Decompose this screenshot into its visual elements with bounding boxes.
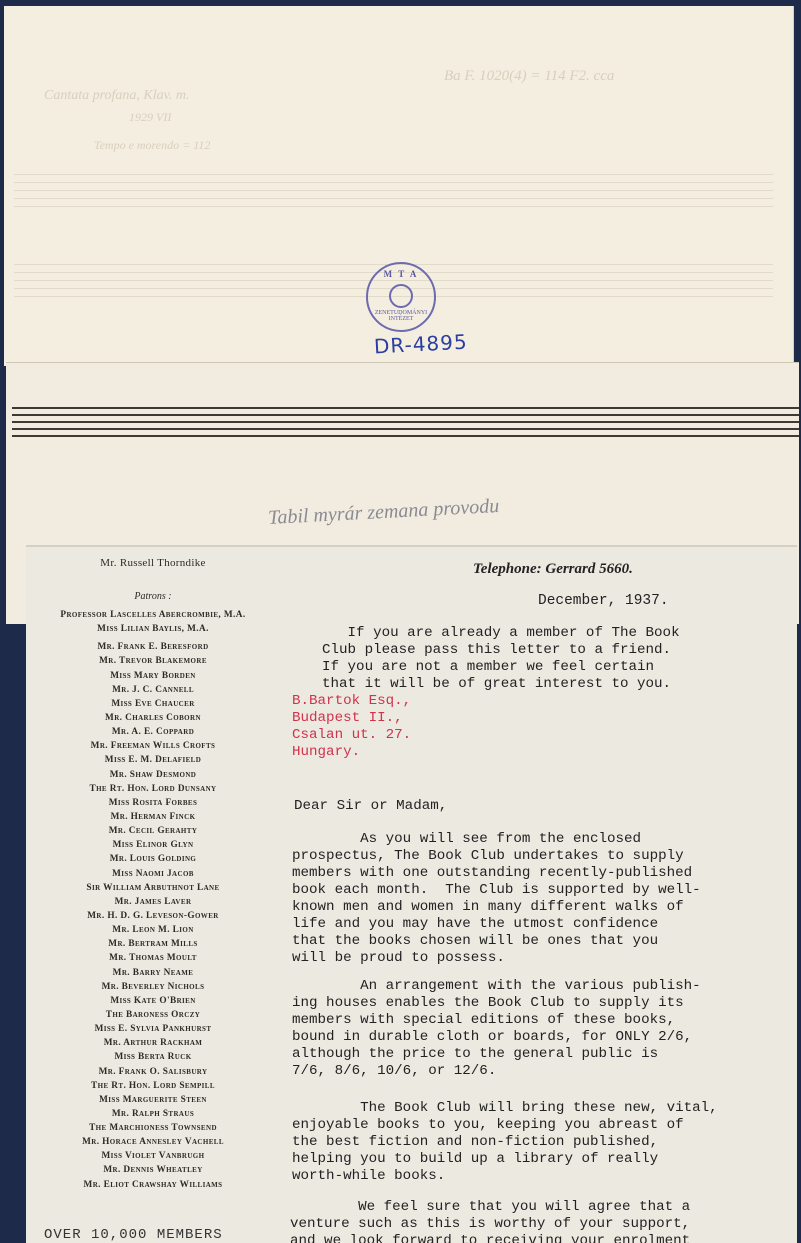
council-member-name: Mr. Russell Thorndike xyxy=(26,557,280,569)
patron-name: Mr. Bertram Mills xyxy=(26,937,280,951)
body-paragraph: As you will see from the enclosed prospe… xyxy=(292,831,701,967)
stamp-ring-text: ZENETUDOMÁNYI INTÉZET xyxy=(368,310,434,322)
patron-name: Miss Lilian Baylis, M.A. xyxy=(26,622,280,636)
faint-note: Tempo e morendo = 112 xyxy=(94,138,210,153)
patron-name: Mr. Shaw Desmond xyxy=(26,768,280,782)
book-club-letter: Mr. Russell Thorndike Patrons : Professo… xyxy=(26,545,797,1243)
patron-name: Miss Mary Borden xyxy=(26,669,280,683)
patron-name: Mr. Frank E. Beresford xyxy=(26,640,280,654)
patron-name: The Rt. Hon. Lord Sempill xyxy=(26,1079,280,1093)
patron-name: Miss Eve Chaucer xyxy=(26,697,280,711)
patron-name: Miss Berta Ruck xyxy=(26,1050,280,1064)
patron-name: The Baroness Orczy xyxy=(26,1008,280,1022)
patron-name: Miss Naomi Jacob xyxy=(26,867,280,881)
patrons-heading: Patrons : xyxy=(26,591,280,602)
body-paragraph: We feel sure that you will agree that a … xyxy=(290,1199,690,1243)
patron-name: Mr. Eliot Crawshay Williams xyxy=(26,1178,280,1192)
patron-name: Mr. Barry Neame xyxy=(26,966,280,980)
patron-name: Mr. Herman Finck xyxy=(26,810,280,824)
ghost-staff xyxy=(14,174,773,214)
patron-name: Mr. Horace Annesley Vachell xyxy=(26,1135,280,1149)
patron-name: Mr. Beverley Nichols xyxy=(26,980,280,994)
music-staff xyxy=(12,407,799,442)
patron-name: Professor Lascelles Abercrombie, M.A. xyxy=(26,608,280,622)
patron-name: Miss Rosita Forbes xyxy=(26,796,280,810)
handwritten-note: Tabil myrár zemana provodu xyxy=(268,495,500,530)
patron-name: Miss Marguerite Steen xyxy=(26,1093,280,1107)
patron-name: Mr. Thomas Moult xyxy=(26,951,280,965)
manuscript-back-sheet: Ba F. 1020(4) = 114 F2. cca Cantata prof… xyxy=(4,6,794,366)
patron-name: Mr. Freeman Wills Crofts xyxy=(26,739,280,753)
members-count-footer: OVER 10,000 MEMBERS xyxy=(44,1227,223,1243)
patron-name: Sir William Arbuthnot Lane xyxy=(26,881,280,895)
faint-note: Ba F. 1020(4) = 114 F2. cca xyxy=(444,68,614,85)
letterhead-sidebar: Mr. Russell Thorndike Patrons : Professo… xyxy=(26,547,280,1192)
archive-stamp: M T A ZENETUDOMÁNYI INTÉZET xyxy=(366,262,436,332)
patron-name: The Marchioness Townsend xyxy=(26,1121,280,1135)
body-paragraph: An arrangement with the various publish-… xyxy=(292,978,701,1080)
patron-name: Miss Violet Vanbrugh xyxy=(26,1149,280,1163)
patron-name: Miss Elinor Glyn xyxy=(26,838,280,852)
patron-name: Mr. Arthur Rackham xyxy=(26,1036,280,1050)
patron-name: Mr. A. E. Coppard xyxy=(26,725,280,739)
catalog-number: DR-4895 xyxy=(373,330,468,359)
patron-name: Miss E. M. Delafield xyxy=(26,753,280,767)
patron-name: Mr. Charles Coborn xyxy=(26,711,280,725)
patron-name: Miss Kate O'Brien xyxy=(26,994,280,1008)
patron-name: Mr. H. D. G. Leveson-Gower xyxy=(26,909,280,923)
patron-name: Mr. Ralph Straus xyxy=(26,1107,280,1121)
patron-name: Mr. J. C. Cannell xyxy=(26,683,280,697)
stamp-top-text: M T A xyxy=(368,269,434,279)
intro-paragraph: If you are already a member of The Book … xyxy=(322,625,680,693)
patron-name: Mr. Louis Golding xyxy=(26,852,280,866)
crest-icon xyxy=(389,284,413,308)
patron-name: Mr. James Laver xyxy=(26,895,280,909)
patron-name: Mr. Dennis Wheatley xyxy=(26,1163,280,1177)
patron-name: Mr. Cecil Gerahty xyxy=(26,824,280,838)
body-paragraph: The Book Club will bring these new, vita… xyxy=(292,1100,718,1185)
letter-date: December, 1937. xyxy=(538,593,669,609)
telephone-line: Telephone: Gerrard 5660. xyxy=(473,561,633,578)
patron-list: Professor Lascelles Abercrombie, M.A. Mi… xyxy=(26,608,280,1192)
patron-name: Miss E. Sylvia Pankhurst xyxy=(26,1022,280,1036)
patron-name: Mr. Trevor Blakemore xyxy=(26,654,280,668)
patron-name: The Rt. Hon. Lord Dunsany xyxy=(26,782,280,796)
faint-note: 1929 VII xyxy=(129,110,171,125)
faint-note: Cantata profana, Klav. m. xyxy=(44,88,189,104)
patron-name: Mr. Frank O. Salisbury xyxy=(26,1065,280,1079)
salutation: Dear Sir or Madam, xyxy=(294,798,447,815)
patron-name: Mr. Leon M. Lion xyxy=(26,923,280,937)
recipient-address: B.Bartok Esq., Budapest II., Csalan ut. … xyxy=(292,693,411,761)
